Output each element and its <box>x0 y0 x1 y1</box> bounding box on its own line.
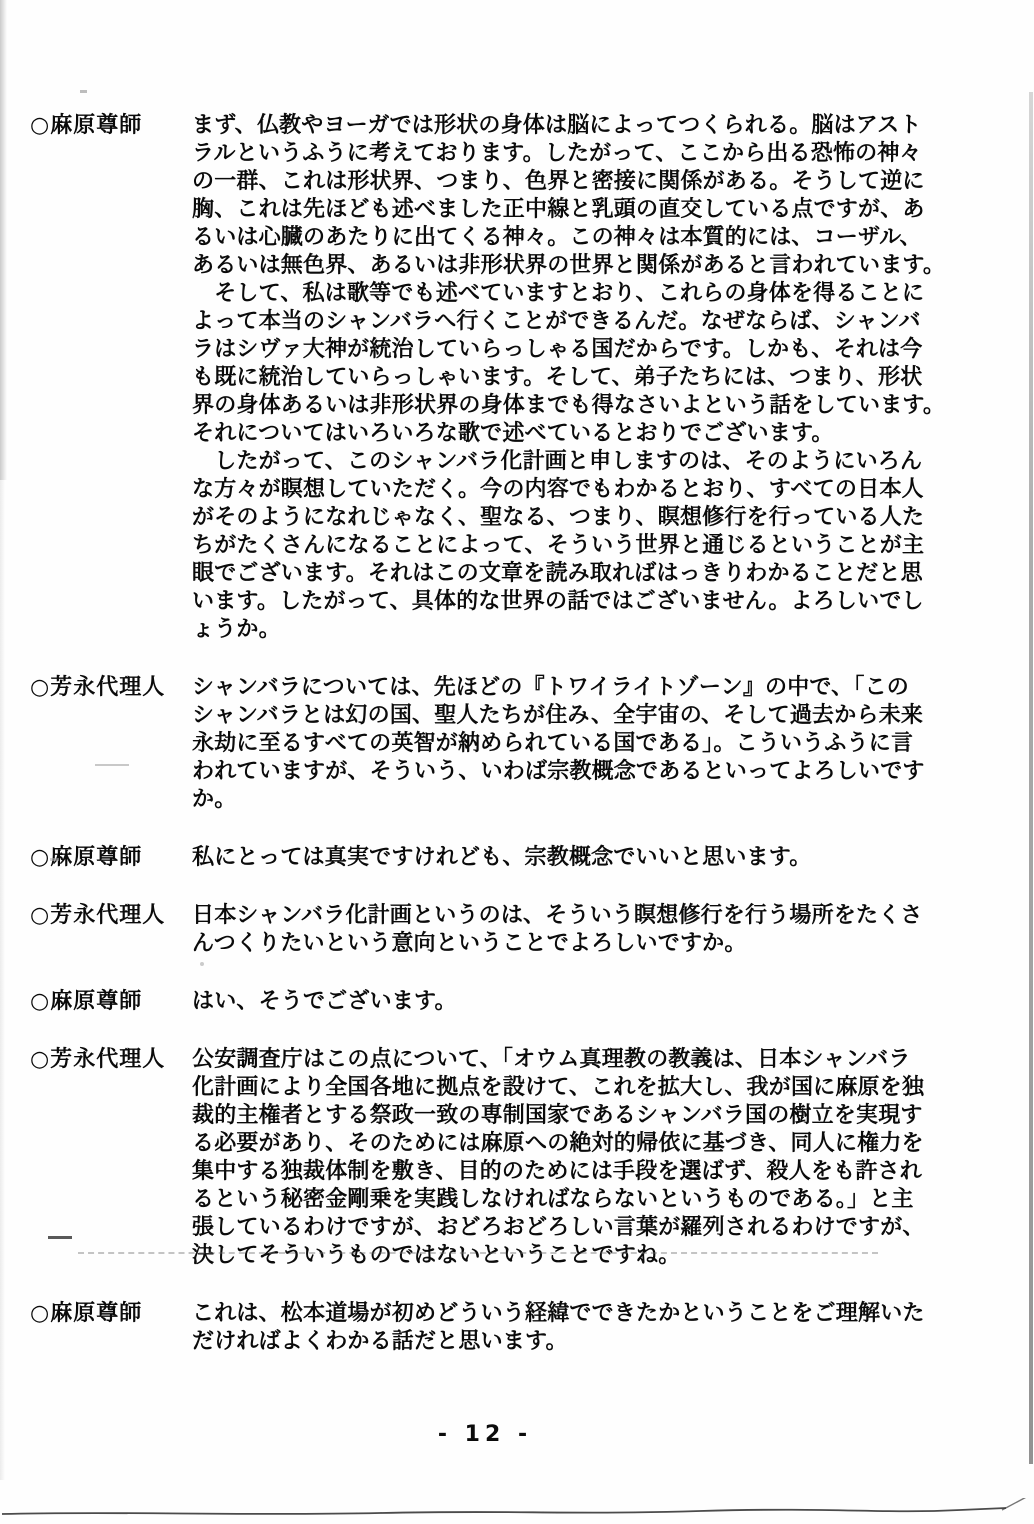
speaker-statement: 公安調査庁はこの点について、「オウム真理教の教義は、日本シャンバラ化計画により全… <box>192 1046 984 1270</box>
speaker-label: ○芳永代理人 <box>30 674 192 702</box>
speaker-statement: はい、そうでございます。 <box>192 988 984 1016</box>
scan-artifact-bottom-line <box>0 1498 1034 1524</box>
transcript-line: まず、仏教やヨーガでは形状の身体は脳によってつくられる。脳はアスト <box>192 112 984 140</box>
transcript-line: る必要があり、そのためには麻原への絶対的帰依に基づき、同人に権力を <box>192 1130 984 1158</box>
transcript-line: 裁的主権者とする祭政一致の専制国家であるシャンバラ国の樹立を実現す <box>192 1102 984 1130</box>
speaker-label: ○芳永代理人 <box>30 1046 192 1074</box>
transcript-line: 私にとっては真実ですけれども、宗教概念でいいと思います。 <box>192 844 984 872</box>
dialogue-block: ○麻原尊師 私にとっては真実ですけれども、宗教概念でいいと思います。 <box>30 844 984 872</box>
speaker-statement: 日本シャンバラ化計画というのは、そういう瞑想修行を行う場所をたくさんつくりたいと… <box>192 902 984 958</box>
transcript-line: の一群、これは形状界、つまり、色界と密接に関係がある。そうして逆に <box>192 168 984 196</box>
transcript-line: よって本当のシャンバラへ行くことができるんだ。なぜならば、シャンバ <box>192 308 984 336</box>
dialogue-block: ○芳永代理人 日本シャンバラ化計画というのは、そういう瞑想修行を行う場所をたくさ… <box>30 902 984 958</box>
dialogue-block: ○麻原尊師 はい、そうでございます。 <box>30 988 984 1016</box>
speaker-statement: 私にとっては真実ですけれども、宗教概念でいいと思います。 <box>192 844 984 872</box>
speaker-label: ○芳永代理人 <box>30 902 192 930</box>
speaker-label: ○麻原尊師 <box>30 112 192 140</box>
transcript-line: ラはシヴァ大神が統治していらっしゃる国だからです。しかも、それは今 <box>192 336 984 364</box>
scan-artifact-faint-dash <box>95 764 129 766</box>
transcript-line: 胸、これは先ほども述べました正中線と乳頭の直交している点ですが、あ <box>192 196 984 224</box>
transcript-line: それについてはいろいろな歌で述べているとおりでございます。 <box>192 420 984 448</box>
transcript-line: か。 <box>192 786 984 814</box>
transcript-line: 決してそういうものではないということですね。 <box>192 1242 984 1270</box>
transcript-line: 眼でございます。それはこの文章を読み取ればはっきりわかることだと思 <box>192 560 984 588</box>
dialogue-transcript: ○麻原尊師 まず、仏教やヨーガでは形状の身体は脳によってつくられる。脳はアストラ… <box>30 112 984 1386</box>
transcript-line: シャンバラについては、先ほどの『トワイライトゾーン』の中で、「この <box>192 674 984 702</box>
transcript-line: るいは心臓のあたりに出てくる神々。この神々は本質的には、コーザル、 <box>192 224 984 252</box>
transcript-line: な方々が瞑想していただく。今の内容でもわかるとおり、すべての日本人 <box>192 476 984 504</box>
dialogue-block: ○芳永代理人 シャンバラについては、先ほどの『トワイライトゾーン』の中で、「この… <box>30 674 984 814</box>
transcript-line: はい、そうでございます。 <box>192 988 984 1016</box>
scan-artifact-left-edge-lower <box>0 480 5 1480</box>
transcript-line: も既に統治していらっしゃいます。そして、弟子たちには、つまり、形状 <box>192 364 984 392</box>
transcript-line: シャンバラとは幻の国、聖人たちが住み、全宇宙の、そして過去から未来 <box>192 702 984 730</box>
transcript-line: 集中する独裁体制を敷き、目的のためには手段を選ばず、殺人をも許され <box>192 1158 984 1186</box>
dialogue-block: ○芳永代理人 公安調査庁はこの点について、「オウム真理教の教義は、日本シャンバラ… <box>30 1046 984 1270</box>
dialogue-block: ○麻原尊師 これは、松本道場が初めどういう経緯でできたかということをご理解いただ… <box>30 1300 984 1356</box>
dialogue-block: ○麻原尊師 まず、仏教やヨーガでは形状の身体は脳によってつくられる。脳はアストラ… <box>30 112 984 644</box>
transcript-line: 張しているわけですが、おどろおどろしい言葉が羅列されるわけですが、 <box>192 1214 984 1242</box>
scanned-transcript-page: ○麻原尊師 まず、仏教やヨーガでは形状の身体は脳によってつくられる。脳はアストラ… <box>0 0 1034 1524</box>
scan-artifact-dotted-line <box>78 1252 878 1254</box>
scan-artifact-dash <box>48 1236 72 1239</box>
transcript-line: んつくりたいという意向ということでよろしいですか。 <box>192 930 984 958</box>
transcript-line: あるいは無色界、あるいは非形状界の世界と関係があると言われています。 <box>192 252 984 280</box>
speaker-statement: これは、松本道場が初めどういう経緯でできたかということをご理解いただければよくわ… <box>192 1300 984 1356</box>
transcript-line: ラルというふうに考えております。したがって、ここから出る恐怖の神々 <box>192 140 984 168</box>
transcript-line: ちがたくさんになることによって、そういう世界と通じるということが主 <box>192 532 984 560</box>
transcript-line: だければよくわかる話だと思います。 <box>192 1328 984 1356</box>
scan-artifact-speck <box>80 90 87 93</box>
transcript-line: るという秘密金剛乗を実践しなければならないというものである。」と主 <box>192 1186 984 1214</box>
transcript-line: ょうか。 <box>192 616 984 644</box>
scan-artifact-right-edge <box>1029 92 1033 1464</box>
speaker-label: ○麻原尊師 <box>30 988 192 1016</box>
transcript-line: われていますが、そういう、いわば宗教概念であるといってよろしいです <box>192 758 984 786</box>
page-number: - 12 - <box>0 1422 1002 1447</box>
transcript-line: これは、松本道場が初めどういう経緯でできたかということをご理解いた <box>192 1300 984 1328</box>
transcript-line: そして、私は歌等でも述べていますとおり、これらの身体を得ることに <box>192 280 984 308</box>
scan-artifact-left-edge <box>0 0 7 480</box>
scan-artifact-speck <box>50 858 59 861</box>
transcript-line: 永劫に至るすべての英智が納められている国である」。こういうふうに言 <box>192 730 984 758</box>
speaker-statement: シャンバラについては、先ほどの『トワイライトゾーン』の中で、「このシャンバラとは… <box>192 674 984 814</box>
transcript-line: したがって、このシャンバラ化計画と申しますのは、そのようにいろん <box>192 448 984 476</box>
transcript-line: 日本シャンバラ化計画というのは、そういう瞑想修行を行う場所をたくさ <box>192 902 984 930</box>
transcript-line: 化計画により全国各地に拠点を設けて、これを拡大し、我が国に麻原を独 <box>192 1074 984 1102</box>
transcript-line: います。したがって、具体的な世界の話ではございません。よろしいでし <box>192 588 984 616</box>
transcript-line: 界の身体あるいは非形状界の身体までも得なさいよという話をしています。 <box>192 392 984 420</box>
scan-artifact-speck <box>200 962 204 966</box>
speaker-statement: まず、仏教やヨーガでは形状の身体は脳によってつくられる。脳はアストラルというふう… <box>192 112 984 644</box>
transcript-line: 公安調査庁はこの点について、「オウム真理教の教義は、日本シャンバラ <box>192 1046 984 1074</box>
transcript-line: がそのようになれじゃなく、聖なる、つまり、瞑想修行を行っている人た <box>192 504 984 532</box>
speaker-label: ○麻原尊師 <box>30 1300 192 1328</box>
